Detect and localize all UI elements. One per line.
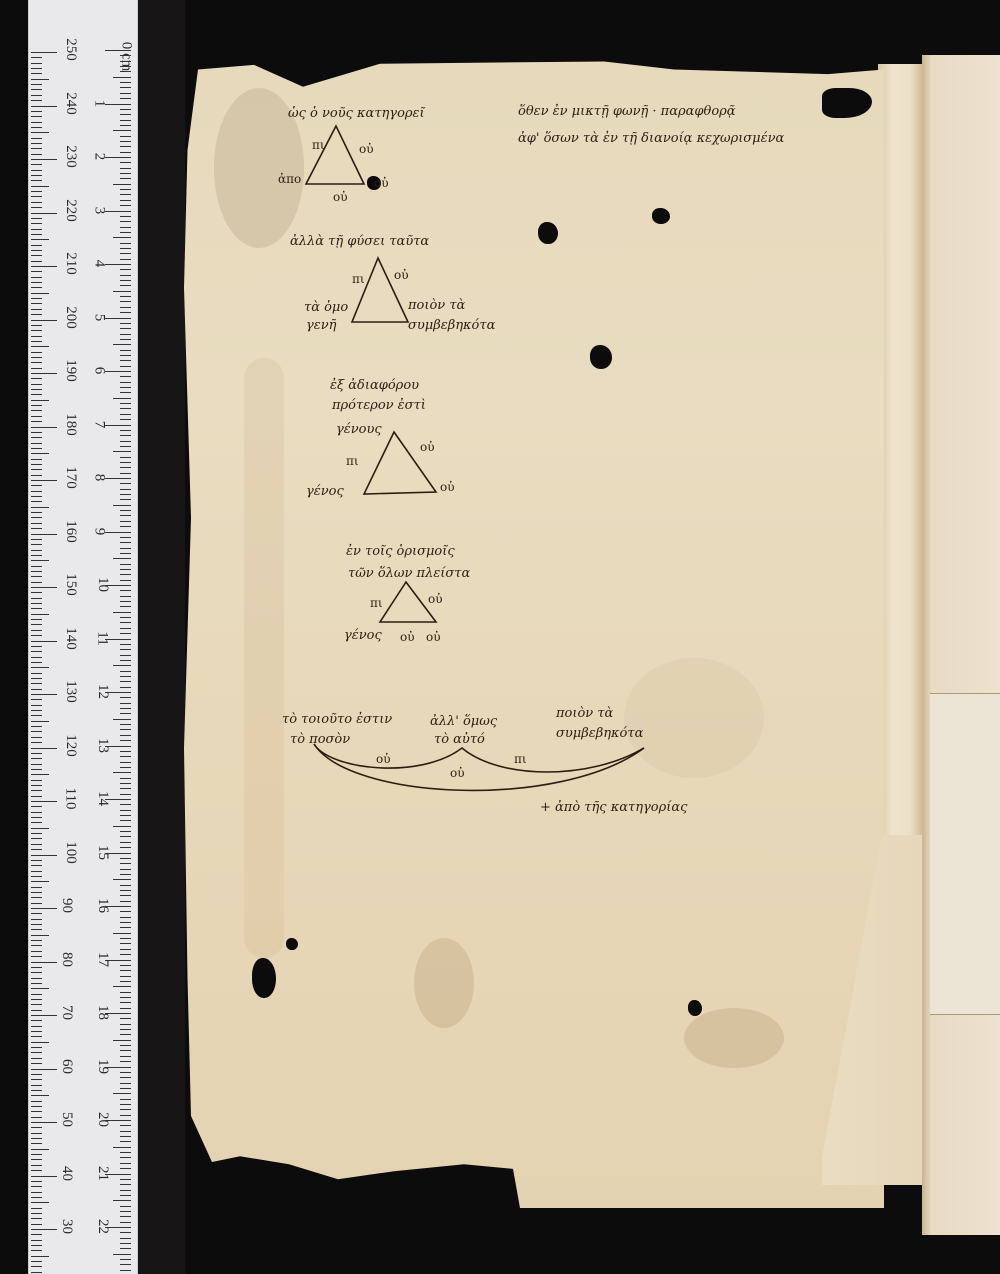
ruler-tick [120, 622, 131, 623]
ruler-tick [31, 897, 42, 898]
ruler-tick [31, 999, 42, 1000]
ruler-tick [120, 954, 131, 955]
ruler-tick [31, 1004, 42, 1005]
ruler-tick [31, 175, 42, 176]
ruler-tick [31, 1090, 42, 1091]
ruler-tick [31, 154, 42, 155]
ruler-tick [31, 892, 42, 893]
ruler-tick [105, 532, 131, 533]
ruler-tick [31, 282, 42, 283]
ruler-tick [120, 997, 131, 998]
ruler-tick [31, 1020, 42, 1021]
ruler-tick [120, 1206, 131, 1207]
ruler-tick [120, 526, 131, 527]
ruler-tick [120, 815, 131, 816]
ruler-tick [120, 120, 131, 121]
diagram5-right-1: ποιὸν τὰ [556, 706, 613, 721]
ruler-tick [31, 352, 42, 353]
ruler-tick [120, 943, 131, 944]
ruler-tick [31, 876, 42, 877]
ruler-tick [31, 1229, 57, 1230]
diagram5-center-1: ἀλλ' ὅμως [430, 714, 497, 729]
ruler-tick [31, 437, 42, 438]
ruler-tick [31, 1272, 42, 1273]
ruler-tick [120, 114, 131, 115]
ruler-tick [120, 1211, 131, 1212]
ruler-tick [31, 464, 42, 465]
ruler-tick [31, 207, 42, 208]
ruler-tick [31, 320, 57, 321]
ruler-tick [31, 164, 42, 165]
ruler-tick [31, 421, 42, 422]
ruler-tick [31, 491, 42, 492]
ruler-mm-label: 50 [58, 1112, 75, 1127]
ruler-tick [31, 951, 42, 952]
ruler-tick [120, 510, 131, 511]
ruler-tick [120, 1109, 131, 1110]
ruler-tick [120, 767, 131, 768]
ruler-tick [31, 180, 42, 181]
ruler-tick [31, 95, 42, 96]
ruler-tick [120, 483, 131, 484]
ruler-cm-label: 10 [94, 577, 111, 592]
ruler-tick [31, 587, 57, 588]
diagram4-label: οὐ [426, 630, 441, 644]
ruler-tick [31, 517, 42, 518]
ruler-tick [31, 68, 42, 69]
ruler-tick [105, 264, 131, 265]
ruler-tick [120, 403, 131, 404]
ruler-tick [120, 1264, 131, 1265]
ruler-tick [31, 523, 42, 524]
ruler-tick [120, 376, 131, 377]
ruler-tick [120, 751, 131, 752]
ruler-tick [31, 245, 42, 246]
ruler-tick [120, 976, 131, 977]
ruler-tick [120, 606, 131, 607]
ruler-mm-label: 130 [62, 680, 79, 703]
ruler-tick [31, 496, 42, 497]
ruler-tick [31, 608, 42, 609]
ruler-tick [31, 753, 42, 754]
ruler-tick [120, 494, 131, 495]
ruler-tick [105, 157, 131, 158]
ruler-mm-label: 170 [62, 466, 79, 489]
ruler-tick [120, 1002, 131, 1003]
ruler-tick [120, 788, 131, 789]
ruler-tick [120, 350, 131, 351]
ruler-tick [31, 1122, 57, 1123]
ruler-tick [31, 1181, 42, 1182]
ruler-tick [31, 929, 42, 930]
ruler-tick [120, 462, 131, 463]
ruler-tick [120, 312, 131, 313]
ruler-tick [113, 826, 131, 827]
ruler-mm-label: 230 [62, 145, 79, 168]
ruler-cm-label: 2 [90, 153, 107, 161]
diagram5-label: πι [514, 752, 527, 766]
ruler-tick [31, 721, 49, 722]
ruler-tick [31, 432, 42, 433]
ruler-tick [31, 1197, 42, 1198]
felt-strip [135, 0, 185, 1274]
ruler-tick [120, 419, 131, 420]
ruler-tick [120, 499, 131, 500]
ruler-tick [31, 806, 42, 807]
ruler-tick [31, 298, 42, 299]
ruler-mm-label: 60 [58, 1059, 75, 1074]
ruler-tick [105, 104, 131, 105]
ruler-tick [120, 435, 131, 436]
ruler-tick [31, 138, 42, 139]
ruler-tick [31, 881, 49, 882]
ruler-tick [120, 895, 131, 896]
diagram2-label: συμβεβηκότα [408, 318, 495, 333]
ruler-tick [31, 1069, 57, 1070]
ruler-tick [113, 398, 131, 399]
ruler-tick [31, 1117, 42, 1118]
ruler-tick [120, 109, 131, 110]
ruler-cm-label: 9 [90, 527, 107, 535]
ruler-tick [120, 687, 131, 688]
ruler-tick [31, 122, 42, 123]
ruler-tick [31, 1058, 42, 1059]
ruler-tick [113, 1040, 131, 1041]
ruler-tick [120, 98, 131, 99]
diagram2-label: τὰ ὁμο [304, 300, 348, 315]
ruler-tick [31, 817, 42, 818]
ruler-tick [120, 275, 131, 276]
ruler-tick [113, 1254, 131, 1255]
ruler-tick [120, 205, 131, 206]
ruler-cm-label: 17 [94, 952, 111, 967]
ruler-tick [120, 810, 131, 811]
ruler-tick [113, 291, 131, 292]
ruler-tick [120, 1222, 131, 1223]
ruler-cm-label: 13 [94, 738, 111, 753]
ruler-tick [120, 382, 131, 383]
ruler-tick [120, 537, 131, 538]
ruler-tick [120, 87, 131, 88]
ruler-tick [31, 742, 42, 743]
ruler-tick [120, 248, 131, 249]
ruler-tick [120, 548, 131, 549]
ruler-tick [31, 945, 42, 946]
ruler-tick [120, 392, 131, 393]
ruler-tick [31, 978, 42, 979]
ruler-tick [31, 1047, 42, 1048]
ruler-mm-label: 190 [62, 359, 79, 382]
ruler-tick [31, 229, 42, 230]
ruler-tick [120, 804, 131, 805]
diagram3-label: οὐ [420, 440, 435, 454]
ruler-tick [31, 143, 42, 144]
ruler-tick [31, 1101, 42, 1102]
ruler-cm-label: 1 [90, 99, 107, 107]
ruler-tick [31, 507, 49, 508]
ruler-tick [31, 1234, 42, 1235]
ruler-tick [31, 1127, 42, 1128]
ruler-tick [31, 218, 42, 219]
ruler-tick [120, 836, 131, 837]
ruler-cm-label: 21 [94, 1166, 111, 1181]
ruler-tick [31, 528, 42, 529]
wormhole [286, 938, 298, 950]
ruler-mm-label: 250 [62, 38, 79, 61]
ruler-mm-label: 70 [58, 1005, 75, 1020]
ruler-tick [31, 1015, 57, 1016]
ruler-tick [120, 762, 131, 763]
ruler-tick [120, 970, 131, 971]
ruler-tick [31, 801, 57, 802]
ruler-cm-label: 8 [90, 474, 107, 482]
ruler-tick [120, 580, 131, 581]
ruler-tick [31, 57, 42, 58]
ruler-tick [31, 1240, 42, 1241]
ruler-tick [120, 1136, 131, 1137]
ruler-tick [120, 1216, 131, 1217]
ruler-tick [31, 255, 42, 256]
ruler-tick [31, 534, 57, 535]
diagram4-header-1: ἐν τοῖς ὁρισμοῖς [346, 544, 455, 559]
ruler-cm-label: 11 [94, 631, 111, 645]
ruler-tick [31, 1133, 42, 1134]
ruler-tick [120, 1248, 131, 1249]
ruler-tick [120, 243, 131, 244]
ruler-tick [31, 1159, 42, 1160]
ruler-tick [120, 71, 131, 72]
ruler-tick [31, 84, 42, 85]
ruler-tick [120, 334, 131, 335]
ruler-tick [120, 253, 131, 254]
ruler-tick [113, 237, 131, 238]
ruler-tick [31, 1261, 42, 1262]
ruler-tick [120, 922, 131, 923]
ruler-tick [31, 357, 42, 358]
ruler-cm-label: 6 [90, 367, 107, 375]
ruler-cm-label: 4 [90, 260, 107, 268]
ruler-tick [31, 1256, 49, 1257]
ruler-tick [31, 448, 42, 449]
ruler-tick [113, 1200, 131, 1201]
ruler-tick [31, 555, 42, 556]
ruler-tick [31, 619, 42, 620]
ruler-tick [120, 938, 131, 939]
ruler-tick [31, 1176, 57, 1177]
diagram4-label: οὐ [428, 592, 443, 606]
ruler-tick [31, 576, 42, 577]
ruler-mm-label: 110 [61, 788, 78, 810]
ruler-tick [120, 681, 131, 682]
ruler-tick [31, 614, 49, 615]
ruler-tick [31, 330, 42, 331]
ruler-tick [120, 831, 131, 832]
ruler-tick [120, 863, 131, 864]
ruler-tick [120, 141, 131, 142]
ruler-tick [120, 446, 131, 447]
ruler-tick [120, 296, 131, 297]
diagram1-header: ὡς ὁ νοῦς κατηγορεῖ [288, 106, 425, 121]
ruler-tick [113, 344, 131, 345]
ruler-tick [31, 223, 42, 224]
ruler-tick [120, 339, 131, 340]
ruler-tick [120, 285, 131, 286]
ruler-tick [31, 1106, 42, 1107]
ruler-tick [113, 772, 131, 773]
marginal-text-line-1: ὅθεν ἐν μικτῇ φωνῇ · παραφθορᾷ [518, 104, 736, 119]
ruler-tick [120, 387, 131, 388]
ruler-tick [120, 1050, 131, 1051]
ruler-tick [31, 603, 42, 604]
ruler-tick [120, 965, 131, 966]
ruler-tick [31, 908, 57, 909]
ruler-tick [31, 833, 42, 834]
diagram1-label: πι [312, 138, 325, 152]
ruler-cm-label: 14 [94, 791, 111, 806]
ruler-tick [120, 676, 131, 677]
ruler-tick [31, 667, 49, 668]
ruler-tick [120, 360, 131, 361]
ruler-tick [120, 232, 131, 233]
ruler-tick [31, 303, 42, 304]
ruler-mm-label: 30 [58, 1219, 75, 1234]
ruler-tick [31, 983, 42, 984]
diagram3-label: πι [346, 454, 359, 468]
ruler-cm-label: 7 [90, 420, 107, 428]
ruler-cm-label: 16 [94, 898, 111, 913]
ruler-tick [120, 890, 131, 891]
diagram2-label: οὐ [394, 268, 409, 282]
ruler-tick [31, 962, 57, 963]
ruler-tick [31, 373, 57, 374]
ruler-tick [120, 633, 131, 634]
ruler-tick [120, 61, 131, 62]
ruler-tick [120, 740, 131, 741]
ruler-tick [31, 694, 57, 695]
ruler-tick [31, 1245, 42, 1246]
ruler-tick [120, 515, 131, 516]
ruler-tick [31, 63, 42, 64]
ruler-tick [120, 569, 131, 570]
ruler-tick [120, 1243, 131, 1244]
ruler-tick [31, 459, 42, 460]
scale-ruler: 0 cm 12345678910111213141516171819202122… [28, 0, 138, 1274]
ruler-tick [31, 389, 42, 390]
ruler-tick [31, 764, 42, 765]
ruler-tick [31, 1192, 42, 1193]
ruler-tick [120, 1195, 131, 1196]
ruler-tick [31, 1213, 42, 1214]
diagram4-label: οὐ [400, 630, 415, 644]
ruler-tick [31, 598, 42, 599]
ruler-tick [120, 1163, 131, 1164]
ruler-tick [31, 592, 42, 593]
ruler-tick [120, 590, 131, 591]
ruler-tick [120, 1029, 131, 1030]
ruler-tick [31, 1111, 42, 1112]
ruler-tick [31, 250, 42, 251]
ruler-tick [120, 949, 131, 950]
ruler-tick [31, 646, 42, 647]
ruler-tick [31, 1170, 42, 1171]
ruler-tick [120, 1104, 131, 1105]
ruler-mm-label: 80 [58, 952, 75, 967]
ruler-tick [31, 336, 42, 337]
ruler-tick [31, 662, 42, 663]
ruler-tick [31, 887, 42, 888]
ruler-tick [120, 1083, 131, 1084]
ruler-tick [31, 689, 42, 690]
ruler-tick [31, 758, 42, 759]
manuscript-page [184, 58, 884, 1208]
diagram1-label: οὐ [333, 190, 348, 204]
ruler-tick [31, 1149, 49, 1150]
ruler-tick [120, 93, 131, 94]
ruler-tick [120, 1024, 131, 1025]
ruler-tick [31, 400, 49, 401]
ruler-tick [31, 994, 42, 995]
diagram1-label: οὐ [374, 176, 389, 190]
ruler-tick [120, 820, 131, 821]
ruler-tick [31, 148, 42, 149]
ruler-tick [120, 542, 131, 543]
ruler-tick [31, 475, 42, 476]
ruler-tick [120, 917, 131, 918]
ruler-tick [120, 671, 131, 672]
ruler-tick [120, 574, 131, 575]
ruler-tick [120, 1077, 131, 1078]
ruler-tick [120, 194, 131, 195]
ruler-tick [120, 178, 131, 179]
ruler-tick [31, 871, 42, 872]
ruler-tick [31, 678, 42, 679]
ruler-tick [31, 501, 42, 502]
ruler-tick [31, 287, 42, 288]
ruler-tick [31, 860, 42, 861]
ruler-tick [120, 617, 131, 618]
ruler-tick [113, 558, 131, 559]
diagram4-label: γένος [344, 628, 382, 643]
ruler-tick [120, 735, 131, 736]
ruler-tick [120, 1190, 131, 1191]
ruler-tick [120, 200, 131, 201]
ruler-mm-label: 150 [62, 573, 79, 596]
wormhole [252, 958, 276, 998]
ruler-tick [120, 901, 131, 902]
ruler-tick [31, 796, 42, 797]
ruler-tick [31, 1266, 42, 1267]
ruler-tick [120, 1072, 131, 1073]
ruler-tick [120, 1099, 131, 1100]
ruler-tick [31, 1138, 42, 1139]
ruler-tick [31, 416, 42, 417]
ruler-tick [120, 756, 131, 757]
ruler-tick [113, 1093, 131, 1094]
diagram5-left-1: τὸ τοιοῦτο ἐστιν [282, 712, 392, 727]
ruler-tick [31, 838, 42, 839]
ruler-tick [120, 713, 131, 714]
ruler-tick [120, 1184, 131, 1185]
wormhole [590, 345, 612, 369]
ruler-tick [31, 924, 42, 925]
ruler-tick [120, 1179, 131, 1180]
ruler-tick [31, 972, 42, 973]
ruler-tick [120, 82, 131, 83]
ruler-tick [120, 655, 131, 656]
ruler-tick [31, 485, 42, 486]
ruler-tick [120, 1034, 131, 1035]
ruler-tick [31, 988, 49, 989]
